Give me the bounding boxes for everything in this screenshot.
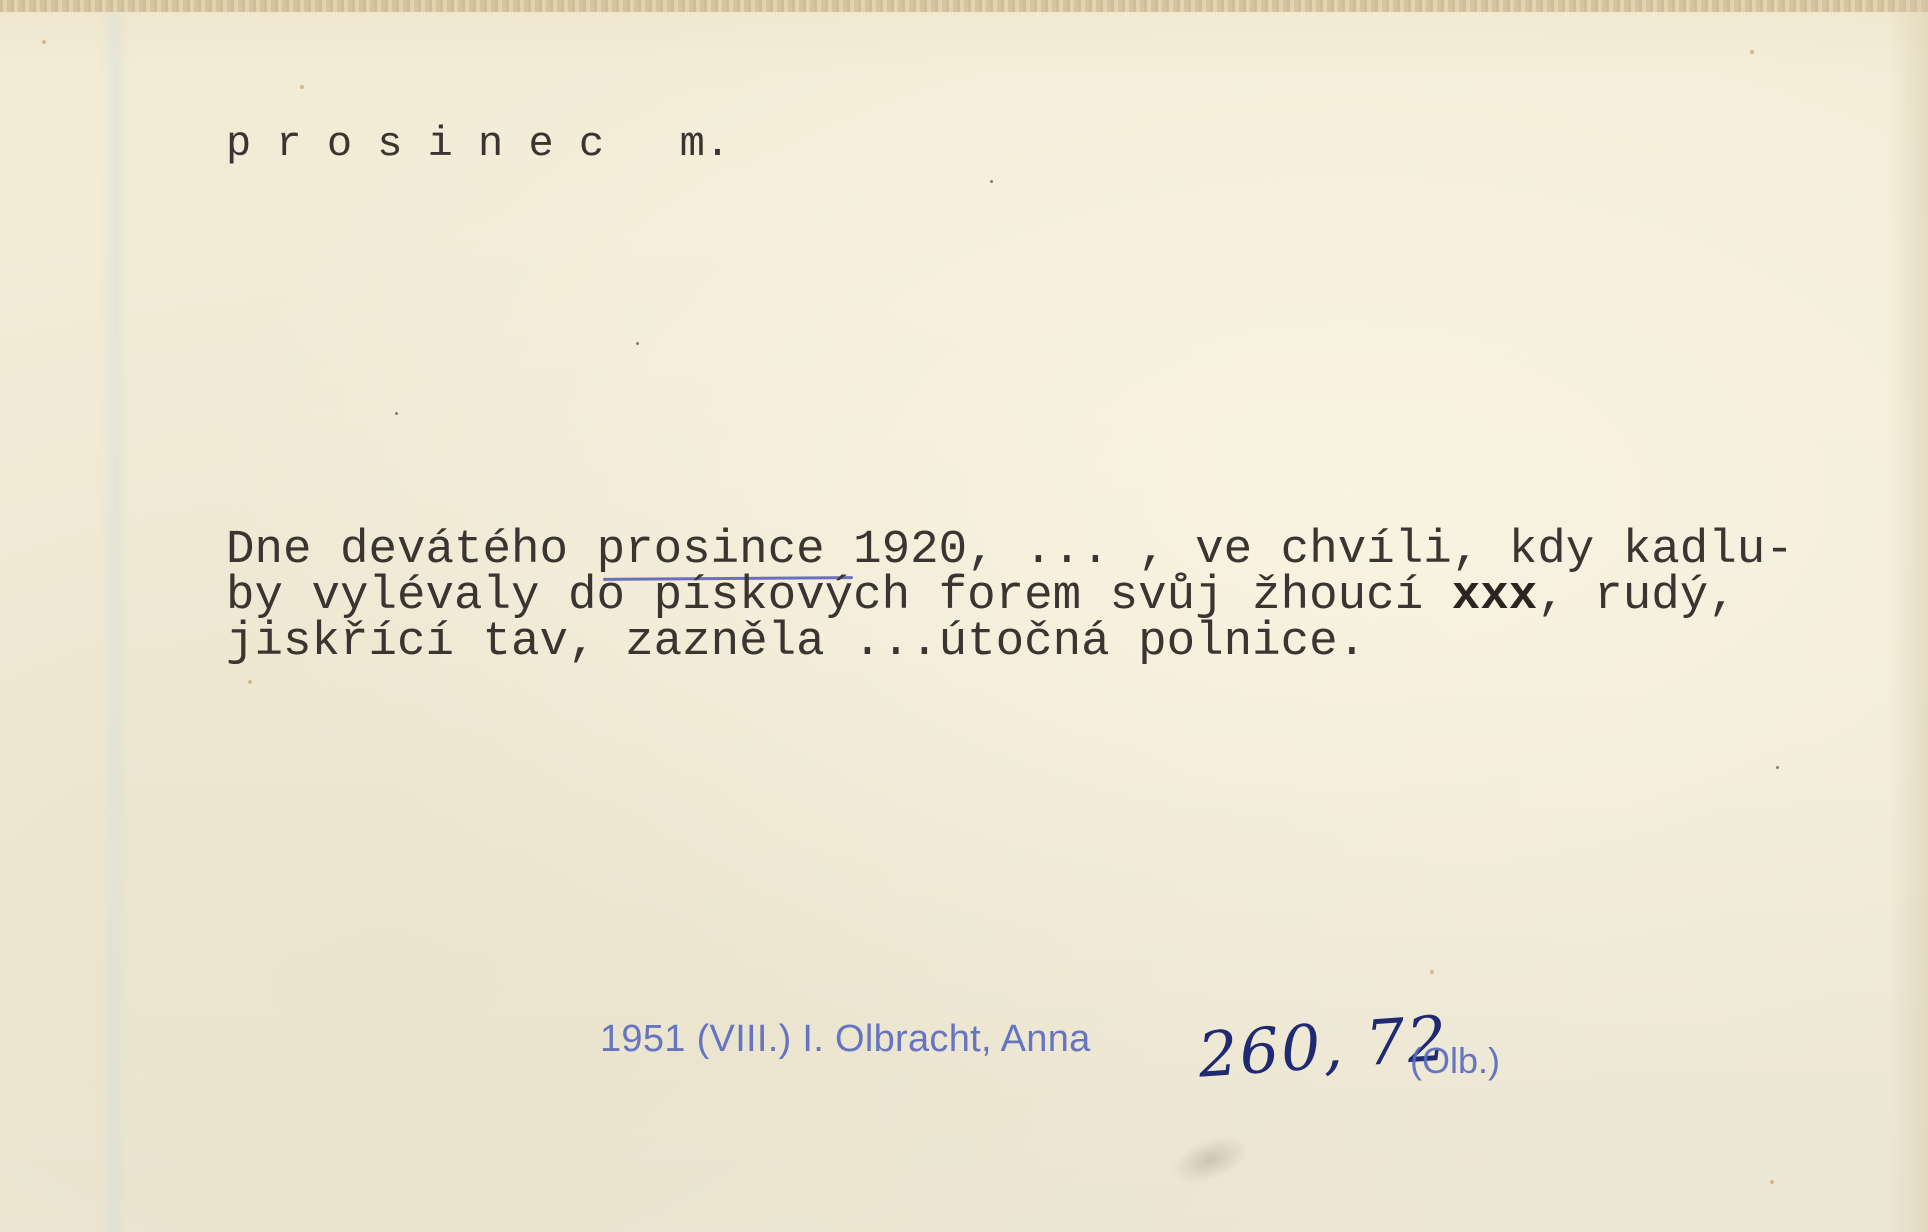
citation-line-3: jiskřící tav, zazněla ...útočná polnice. xyxy=(226,619,1366,665)
author-abbreviation-stamp: (Olb.) xyxy=(1410,1040,1500,1082)
paper-speck xyxy=(1750,50,1754,54)
paper-speck xyxy=(248,680,252,684)
struck-out-text: xxx xyxy=(1452,569,1538,623)
paper-speck xyxy=(1770,1180,1774,1184)
entry-heading: p r o s i n e c m. xyxy=(226,120,730,168)
paper-speck xyxy=(636,342,639,345)
line2-after: , rudý, xyxy=(1537,569,1737,623)
citation-line-1: Dne devátého prosince 1920, ... , ve chv… xyxy=(226,527,1794,573)
card-top-edge xyxy=(0,0,1928,12)
pencil-mark xyxy=(1166,1128,1255,1193)
paper-speck xyxy=(42,40,46,44)
paper-speck xyxy=(395,412,398,415)
paper-speck xyxy=(300,85,304,89)
paper-speck xyxy=(1430,970,1434,974)
source-stamp: 1951 (VIII.) I. Olbracht, Anna xyxy=(600,1018,1091,1061)
paper-speck xyxy=(1776,766,1779,769)
index-card: p r o s i n e c m. Dne devátého prosince… xyxy=(0,0,1928,1232)
paper-speck xyxy=(990,180,993,183)
paper-shading xyxy=(100,12,130,1232)
citation-line-2: by vylévaly do pískových forem svůj žhou… xyxy=(226,573,1737,619)
paper-edge-shading xyxy=(1888,0,1928,1232)
